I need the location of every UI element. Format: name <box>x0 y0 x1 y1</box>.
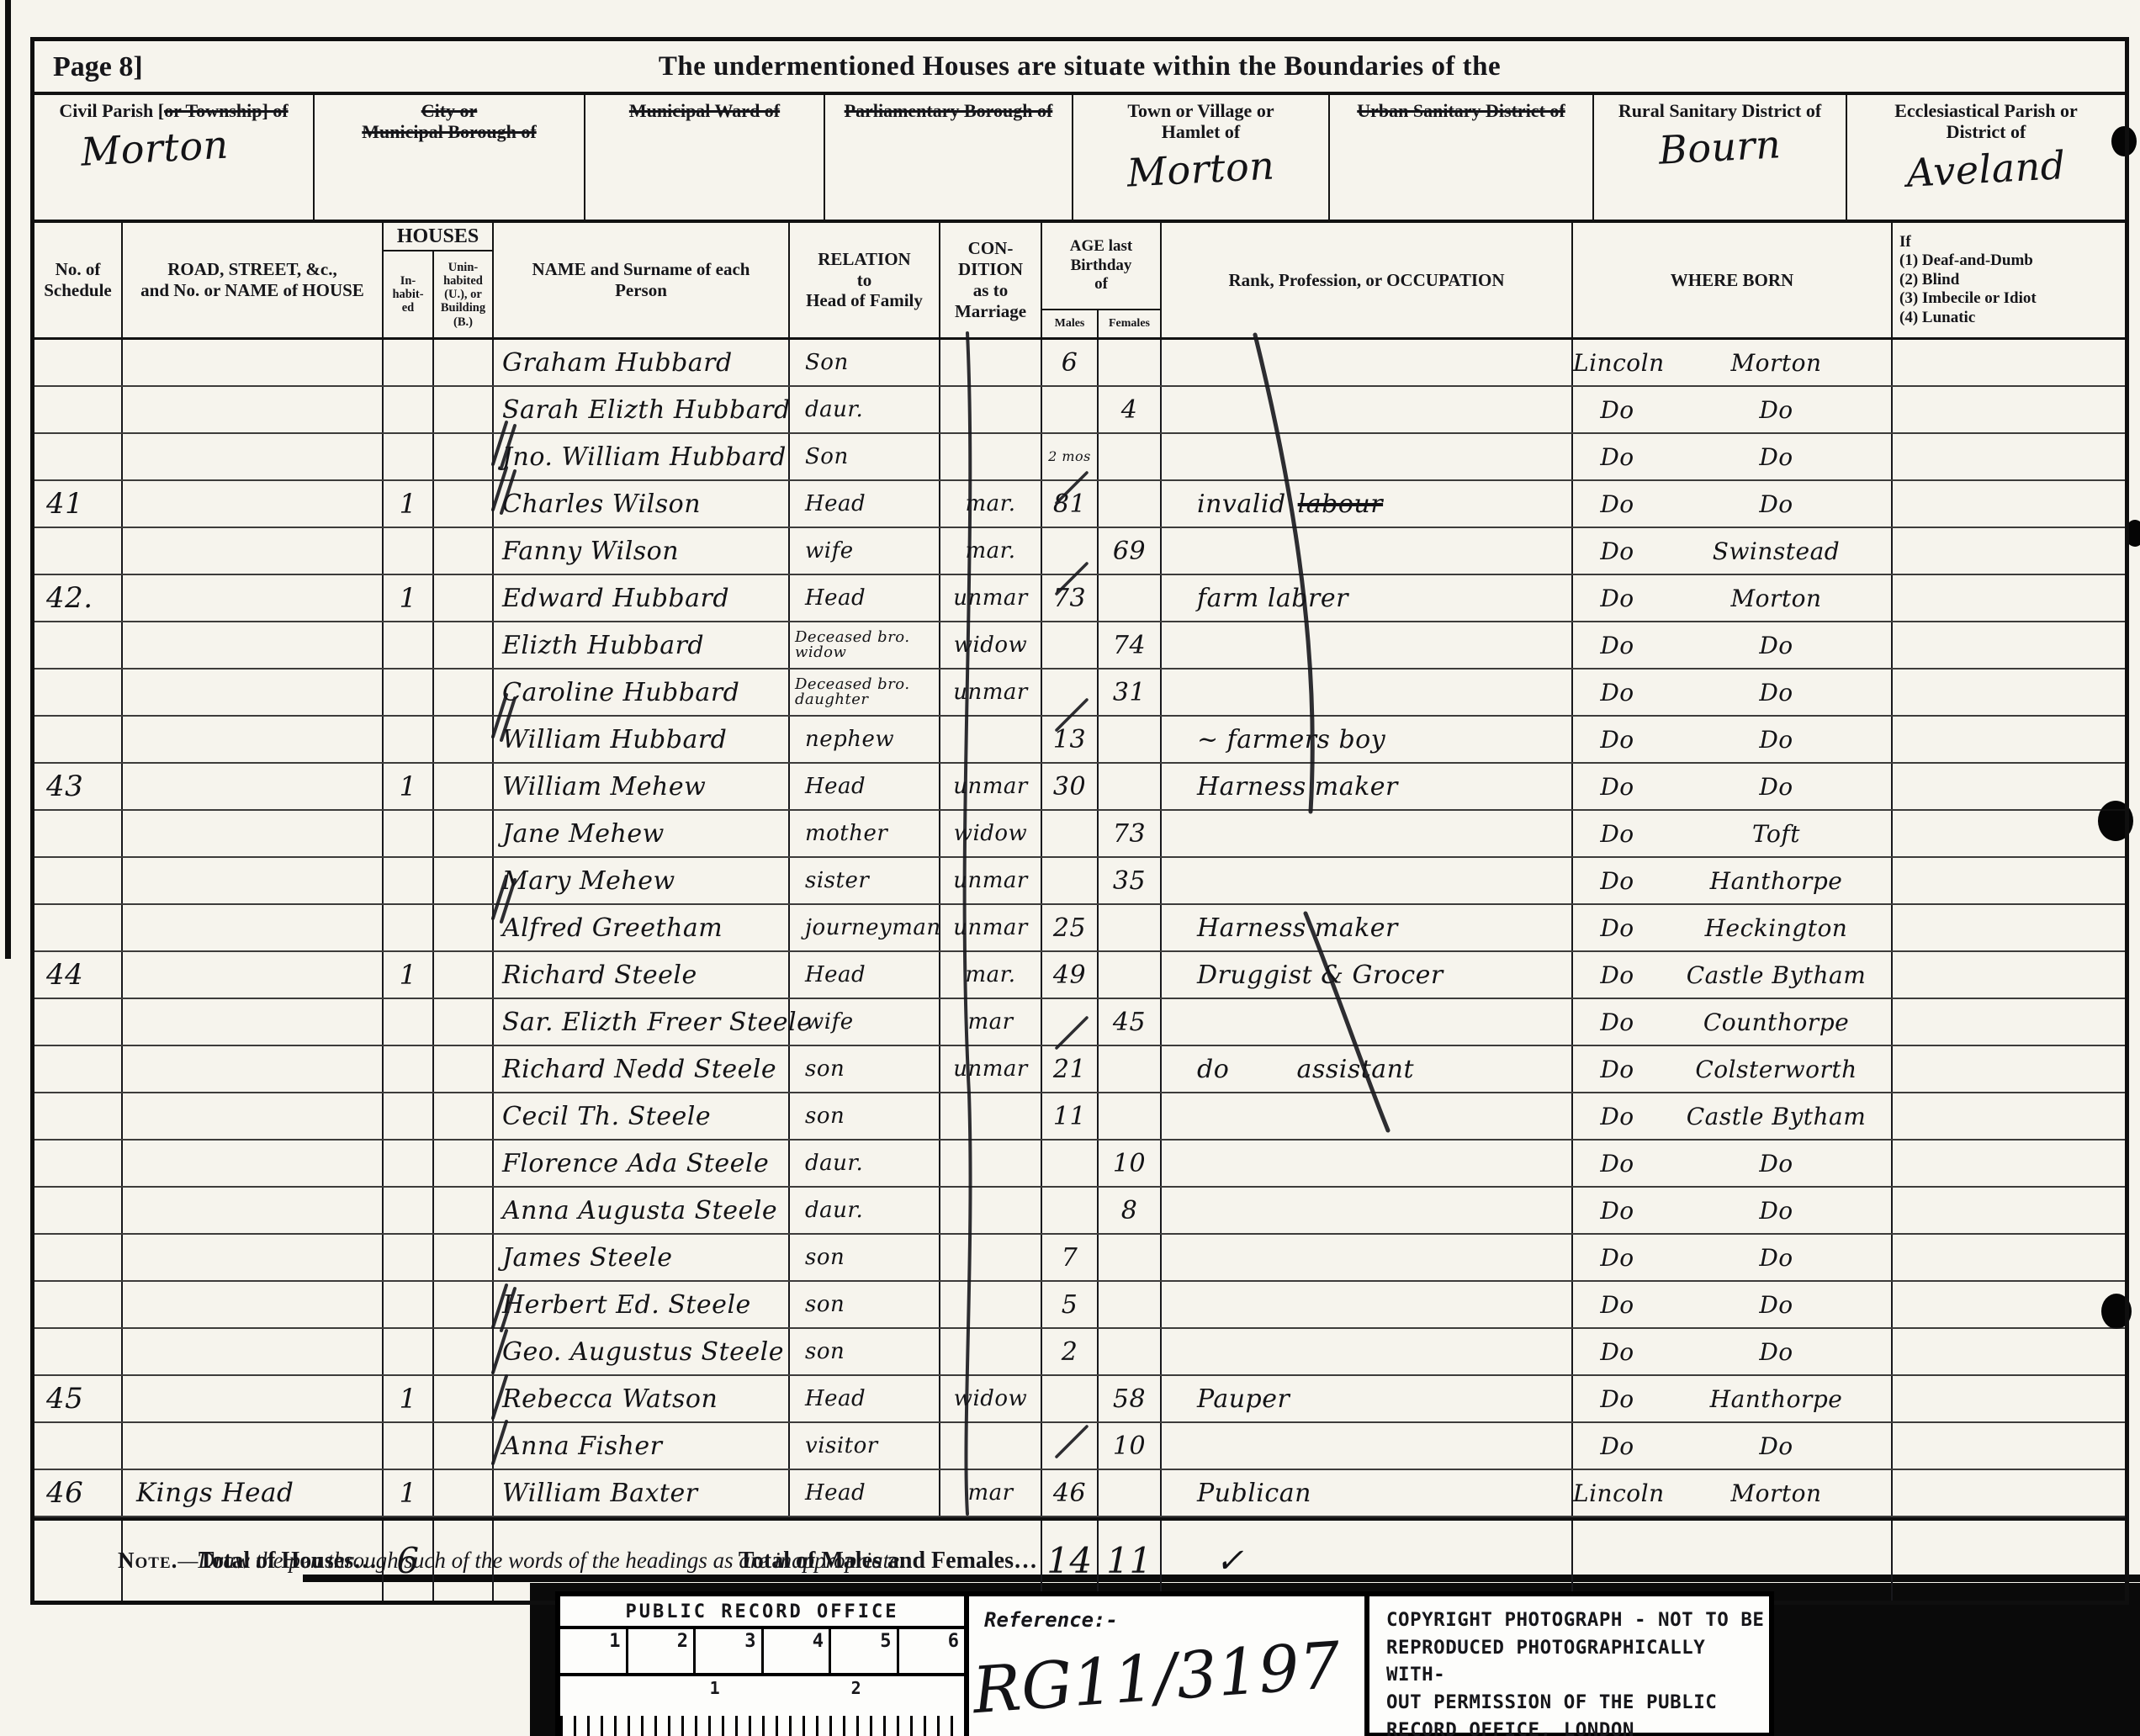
occupation-cell <box>1162 1282 1573 1327</box>
occupation-cell <box>1162 1423 1573 1469</box>
occupation-cell <box>1162 1141 1573 1186</box>
age-female-cell <box>1099 1235 1162 1280</box>
header-schedule: No. of Schedule <box>34 223 123 337</box>
age-female-cell <box>1099 340 1162 385</box>
occupation-cell <box>1162 858 1573 903</box>
table-row: Elizth HubbardDeceased bro. widowwidow74… <box>34 622 2125 670</box>
age-male-cell: 11 <box>1042 1093 1099 1139</box>
column-headers: No. of Schedule ROAD, STREET, &c., and N… <box>34 223 2125 340</box>
ruler-inch-mark: 2 <box>628 1629 697 1673</box>
inhabited-cell <box>384 1093 434 1139</box>
born-cell: DoDo <box>1573 1423 1893 1469</box>
name-cell: Anna Augusta Steele <box>494 1188 790 1233</box>
born-place: Do <box>1661 773 1891 801</box>
born-county: Lincoln <box>1573 1479 1661 1507</box>
born-county: Do <box>1573 1008 1661 1036</box>
schedule-cell: 46 <box>34 1470 123 1516</box>
ruler-centimetres: 1 2 <box>560 1676 964 1736</box>
occupation-cell <box>1162 999 1573 1045</box>
road-cell <box>123 1376 384 1421</box>
condition-cell: widow <box>940 1376 1042 1421</box>
district-label: Civil Parish [or Township] of <box>34 100 313 121</box>
born-county: Do <box>1573 1385 1661 1413</box>
district-label: Urban Sanitary District of <box>1330 100 1592 121</box>
age-female-cell <box>1099 481 1162 527</box>
schedule-cell <box>34 1423 123 1469</box>
total-males-value: 14 <box>1042 1521 1099 1601</box>
table-row: Caroline HubbardDeceased bro. daughterun… <box>34 670 2125 717</box>
title-bar: Page 8] The undermentioned Houses are si… <box>34 41 2125 95</box>
condition-cell <box>940 1235 1042 1280</box>
inhabited-cell <box>384 1188 434 1233</box>
condition-cell: mar <box>940 999 1042 1045</box>
schedule-cell <box>34 717 123 762</box>
relation-cell: Head <box>790 1470 940 1516</box>
table-row: Geo. Augustus Steeleson2DoDo <box>34 1329 2125 1376</box>
relation-cell: son <box>790 1046 940 1092</box>
infirmity-cell <box>1893 1141 2125 1186</box>
relation-cell: mother <box>790 811 940 856</box>
schedule-cell <box>34 905 123 950</box>
occupation-cell <box>1162 1235 1573 1280</box>
age-female-cell <box>1099 434 1162 479</box>
age-male-cell: 13 <box>1042 717 1099 762</box>
schedule-cell: 45 <box>34 1376 123 1421</box>
table-row: Herbert Ed. Steeleson5DoDo <box>34 1282 2125 1329</box>
inhabited-cell: 1 <box>384 481 434 527</box>
occupation-cell: farm labrer <box>1162 575 1573 621</box>
relation-cell: daur. <box>790 1188 940 1233</box>
occupation-cell <box>1162 1093 1573 1139</box>
header-houses-title: HOUSES <box>384 223 492 251</box>
condition-cell: widow <box>940 811 1042 856</box>
header-born: WHERE BORN <box>1573 223 1893 337</box>
schedule-cell: 44 <box>34 952 123 998</box>
condition-cell: unmar <box>940 764 1042 809</box>
ruler-cm-mark: 1 <box>710 1678 720 1698</box>
name-cell: Richard Nedd Steele <box>494 1046 790 1092</box>
age-female-cell: 69 <box>1099 528 1162 574</box>
born-place: Do <box>1661 396 1891 424</box>
infirmity-cell <box>1893 1470 2125 1516</box>
header-uninhabited: Unin- habited (U.), or Building (B.) <box>434 251 492 337</box>
born-place: Castle Bytham <box>1661 961 1891 989</box>
totals-checkmark: ✓ <box>1162 1521 1573 1601</box>
relation-cell: Head <box>790 481 940 527</box>
schedule-cell <box>34 811 123 856</box>
age-male-cell: 2 <box>1042 1329 1099 1374</box>
name-cell: Cecil Th. Steele <box>494 1093 790 1139</box>
name-cell: Caroline Hubbard <box>494 670 790 715</box>
occupation-cell: Harness maker <box>1162 905 1573 950</box>
relation-cell: daur. <box>790 387 940 432</box>
born-county: Do <box>1573 914 1661 942</box>
name-cell: Mary Mehew <box>494 858 790 903</box>
born-county: Do <box>1573 773 1661 801</box>
occupation-cell <box>1162 528 1573 574</box>
uninhabited-cell <box>434 999 494 1045</box>
condition-cell <box>940 1282 1042 1327</box>
schedule-cell <box>34 387 123 432</box>
uninhabited-cell <box>434 858 494 903</box>
relation-cell: wife <box>790 999 940 1045</box>
relation-cell: son <box>790 1235 940 1280</box>
schedule-cell: 42. <box>34 575 123 621</box>
age-male-cell: 21 <box>1042 1046 1099 1092</box>
uninhabited-cell <box>434 528 494 574</box>
born-cell: DoDo <box>1573 1235 1893 1280</box>
born-place: Toft <box>1661 820 1891 848</box>
road-cell <box>123 1423 384 1469</box>
born-cell: DoToft <box>1573 811 1893 856</box>
schedule-cell <box>34 1046 123 1092</box>
district-ecclesiastical: Ecclesiastical Parish or District of Ave… <box>1847 95 2125 220</box>
occupation-cell <box>1162 811 1573 856</box>
occupation-cell <box>1162 1329 1573 1374</box>
inhabited-cell: 1 <box>384 1376 434 1421</box>
name-cell: Elizth Hubbard <box>494 622 790 668</box>
district-value: Morton <box>34 118 314 177</box>
age-female-cell: 10 <box>1099 1423 1162 1469</box>
born-place: Do <box>1661 632 1891 659</box>
born-county: Do <box>1573 490 1661 518</box>
infirmity-cell <box>1893 1046 2125 1092</box>
name-cell: Sar. Elizth Freer Steele <box>494 999 790 1045</box>
name-cell: William Mehew <box>494 764 790 809</box>
occupation-cell: Harness maker <box>1162 764 1573 809</box>
born-county: Do <box>1573 1056 1661 1083</box>
name-cell: Rebecca Watson <box>494 1376 790 1421</box>
infirmity-cell <box>1893 1423 2125 1469</box>
inhabited-cell <box>384 999 434 1045</box>
uninhabited-cell <box>434 1470 494 1516</box>
born-place: Do <box>1661 1244 1891 1272</box>
born-cell: DoDo <box>1573 481 1893 527</box>
age-male-cell <box>1042 528 1099 574</box>
schedule-cell <box>34 1093 123 1139</box>
district-label: Ecclesiastical Parish or District of <box>1847 100 2125 143</box>
table-row: Sarah Elizth Hubbarddaur.4DoDo <box>34 387 2125 434</box>
inhabited-cell <box>384 528 434 574</box>
name-cell: Florence Ada Steele <box>494 1141 790 1186</box>
born-cell: DoDo <box>1573 622 1893 668</box>
infirmity-cell <box>1893 905 2125 950</box>
schedule-cell <box>34 1282 123 1327</box>
relation-cell: Son <box>790 340 940 385</box>
ruler-inch-mark: 3 <box>696 1629 764 1673</box>
age-female-cell: 31 <box>1099 670 1162 715</box>
relation-cell: Head <box>790 764 940 809</box>
name-cell: Jane Mehew <box>494 811 790 856</box>
table-row: 441Richard SteeleHeadmar.49Druggist & Gr… <box>34 952 2125 999</box>
uninhabited-cell <box>434 481 494 527</box>
age-male-cell <box>1042 1141 1099 1186</box>
name-cell: Jno. William Hubbard <box>494 434 790 479</box>
name-cell: Richard Steele <box>494 952 790 998</box>
born-county: Do <box>1573 1150 1661 1178</box>
scan-edge <box>5 0 11 959</box>
inhabited-cell <box>384 717 434 762</box>
totals-born-cell <box>1573 1521 1893 1601</box>
condition-cell <box>940 340 1042 385</box>
road-cell <box>123 670 384 715</box>
totals-schedule-cell <box>34 1521 123 1601</box>
road-cell <box>123 434 384 479</box>
infirmity-cell <box>1893 1329 2125 1374</box>
born-place: Morton <box>1661 1479 1891 1507</box>
relation-cell: nephew <box>790 717 940 762</box>
inhabited-cell <box>384 622 434 668</box>
inhabited-cell: 1 <box>384 575 434 621</box>
ruler-inches: 1 2 3 4 5 6 <box>560 1629 964 1676</box>
road-cell <box>123 575 384 621</box>
infirmity-cell <box>1893 1093 2125 1139</box>
pro-stamp: PUBLIC RECORD OFFICE 1 2 3 4 5 6 1 2 <box>555 1591 969 1736</box>
relation-cell: wife <box>790 528 940 574</box>
born-county: Do <box>1573 1103 1661 1130</box>
reference-box: Reference:- RG11/3197 <box>969 1591 1369 1736</box>
occupation-cell <box>1162 622 1573 668</box>
uninhabited-cell <box>434 434 494 479</box>
uninhabited-cell <box>434 764 494 809</box>
born-place: Do <box>1661 679 1891 707</box>
born-place: Hanthorpe <box>1661 867 1891 895</box>
infirmity-cell <box>1893 622 2125 668</box>
schedule-cell <box>34 1188 123 1233</box>
age-male-cell: 6 <box>1042 340 1099 385</box>
infirmity-cell <box>1893 858 2125 903</box>
age-male-cell: 30 <box>1042 764 1099 809</box>
infirmity-cell <box>1893 340 2125 385</box>
born-place: Do <box>1661 1291 1891 1319</box>
inhabited-cell <box>384 858 434 903</box>
district-municipal-borough: City or Municipal Borough of <box>315 95 585 220</box>
infirmity-cell <box>1893 764 2125 809</box>
born-county: Do <box>1573 867 1661 895</box>
header-relation: RELATION to Head of Family <box>790 223 940 337</box>
road-cell <box>123 999 384 1045</box>
uninhabited-cell <box>434 905 494 950</box>
born-place: Counthorpe <box>1661 1008 1891 1036</box>
infirmity-cell <box>1893 811 2125 856</box>
uninhabited-cell <box>434 1093 494 1139</box>
age-female-cell <box>1099 764 1162 809</box>
age-female-cell: 73 <box>1099 811 1162 856</box>
occupation-cell: do assistant <box>1162 1046 1573 1092</box>
table-row: Mary Mehewsisterunmar35DoHanthorpe <box>34 858 2125 905</box>
inhabited-cell <box>384 340 434 385</box>
uninhabited-cell <box>434 811 494 856</box>
age-female-cell <box>1099 1093 1162 1139</box>
table-row: 451Rebecca WatsonHeadwidow58PauperDoHant… <box>34 1376 2125 1423</box>
table-row: Graham HubbardSon6LincolnMorton <box>34 340 2125 387</box>
born-county: Do <box>1573 1338 1661 1366</box>
road-cell <box>123 481 384 527</box>
district-label: Rural Sanitary District of <box>1594 100 1846 121</box>
age-male-cell <box>1042 811 1099 856</box>
table-row: 411Charles WilsonHeadmar.81invalidlabour… <box>34 481 2125 528</box>
relation-cell: Head <box>790 952 940 998</box>
condition-cell: unmar <box>940 858 1042 903</box>
uninhabited-cell <box>434 387 494 432</box>
born-cell: DoDo <box>1573 764 1893 809</box>
reference-label: Reference:- <box>969 1596 1364 1632</box>
condition-cell <box>940 717 1042 762</box>
occupation-cell <box>1162 434 1573 479</box>
uninhabited-cell <box>434 1141 494 1186</box>
name-cell: Fanny Wilson <box>494 528 790 574</box>
table-row: Anna Augusta Steeledaur.8DoDo <box>34 1188 2125 1235</box>
infirmity-cell <box>1893 1188 2125 1233</box>
relation-cell: Head <box>790 575 940 621</box>
infirmity-cell <box>1893 528 2125 574</box>
condition-cell: mar <box>940 1470 1042 1516</box>
occupation-cell <box>1162 1188 1573 1233</box>
born-county: Do <box>1573 585 1661 612</box>
census-sheet: Page 8] The undermentioned Houses are si… <box>30 37 2129 1605</box>
born-county: Do <box>1573 679 1661 707</box>
age-male-cell <box>1042 670 1099 715</box>
born-place: Colsterworth <box>1661 1056 1891 1083</box>
occupation-cell <box>1162 340 1573 385</box>
stamp-area: PUBLIC RECORD OFFICE 1 2 3 4 5 6 1 2 Ref… <box>555 1591 1774 1736</box>
footnote-text: —Draw the pen through such of the words … <box>177 1548 904 1573</box>
age-male-cell: 25 <box>1042 905 1099 950</box>
header-occupation: Rank, Profession, or OCCUPATION <box>1162 223 1573 337</box>
age-female-cell: 10 <box>1099 1141 1162 1186</box>
occupation-cell: Druggist & Grocer <box>1162 952 1573 998</box>
schedule-cell <box>34 434 123 479</box>
district-parliamentary-borough: Parliamentary Borough of <box>825 95 1073 220</box>
born-county: Do <box>1573 1197 1661 1225</box>
age-female-cell: 4 <box>1099 387 1162 432</box>
occupation-cell: invalidlabour <box>1162 481 1573 527</box>
condition-cell <box>940 1141 1042 1186</box>
age-female-cell <box>1099 905 1162 950</box>
header-condition: CON- DITION as to Marriage <box>940 223 1042 337</box>
infirmity-cell <box>1893 999 2125 1045</box>
name-cell: Sarah Elizth Hubbard <box>494 387 790 432</box>
inhabited-cell <box>384 1046 434 1092</box>
occupation-cell: ~ farmers boy <box>1162 717 1573 762</box>
inhabited-cell: 1 <box>384 952 434 998</box>
district-label: City or Municipal Borough of <box>315 100 584 143</box>
age-male-cell: 5 <box>1042 1282 1099 1327</box>
inhabited-cell <box>384 905 434 950</box>
born-place: Do <box>1661 1197 1891 1225</box>
age-male-cell: 2 mos <box>1042 434 1099 479</box>
schedule-cell <box>34 1329 123 1374</box>
born-place: Do <box>1661 490 1891 518</box>
district-header: Civil Parish [or Township] of Morton Cit… <box>34 95 2125 223</box>
table-row: 431William MehewHeadunmar30Harness maker… <box>34 764 2125 811</box>
age-male-cell <box>1042 1423 1099 1469</box>
condition-cell: unmar <box>940 905 1042 950</box>
infirmity-cell <box>1893 1235 2125 1280</box>
occupation-cell: Pauper <box>1162 1376 1573 1421</box>
uninhabited-cell <box>434 1423 494 1469</box>
road-cell <box>123 1235 384 1280</box>
ruler-inch-mark: 6 <box>899 1629 965 1673</box>
born-place: Do <box>1661 1432 1891 1460</box>
schedule-cell <box>34 999 123 1045</box>
header-infirmity: If (1) Deaf-and-Dumb (2) Blind (3) Imbec… <box>1893 223 2125 337</box>
header-name: NAME and Surname of each Person <box>494 223 790 337</box>
born-place: Swinstead <box>1661 537 1891 565</box>
uninhabited-cell <box>434 575 494 621</box>
inhabited-cell <box>384 1282 434 1327</box>
infirmity-cell <box>1893 670 2125 715</box>
age-female-cell <box>1099 1329 1162 1374</box>
born-cell: DoCounthorpe <box>1573 999 1893 1045</box>
condition-cell: unmar <box>940 575 1042 621</box>
condition-cell <box>940 434 1042 479</box>
struck-occupation: labour <box>1298 490 1383 519</box>
age-male-cell <box>1042 1376 1099 1421</box>
age-female-cell <box>1099 1046 1162 1092</box>
ruler-inch-mark: 4 <box>764 1629 832 1673</box>
born-cell: DoDo <box>1573 434 1893 479</box>
district-town-village: Town or Village or Hamlet of Morton <box>1073 95 1330 220</box>
condition-cell: mar. <box>940 528 1042 574</box>
table-row: Richard Nedd Steelesonunmar21do assistan… <box>34 1046 2125 1093</box>
schedule-cell <box>34 1141 123 1186</box>
born-cell: DoDo <box>1573 1329 1893 1374</box>
relation-cell: son <box>790 1093 940 1139</box>
table-row: Jno. William HubbardSon2 mosDoDo <box>34 434 2125 481</box>
census-page: Page 8] The undermentioned Houses are si… <box>0 0 2140 1736</box>
age-female-cell: 74 <box>1099 622 1162 668</box>
district-label: Parliamentary Borough of <box>825 100 1072 121</box>
infirmity-cell <box>1893 575 2125 621</box>
uninhabited-cell <box>434 622 494 668</box>
condition-cell <box>940 1093 1042 1139</box>
infirmity-cell <box>1893 952 2125 998</box>
uninhabited-cell <box>434 1235 494 1280</box>
age-male-cell: 73 <box>1042 575 1099 621</box>
uninhabited-cell <box>434 670 494 715</box>
age-male-cell <box>1042 387 1099 432</box>
header-houses: HOUSES In- habit- ed Unin- habited (U.),… <box>384 223 494 337</box>
born-place: Heckington <box>1661 914 1891 942</box>
table-row: Florence Ada Steeledaur.10DoDo <box>34 1141 2125 1188</box>
born-cell: LincolnMorton <box>1573 340 1893 385</box>
born-cell: DoDo <box>1573 1282 1893 1327</box>
name-cell: Anna Fisher <box>494 1423 790 1469</box>
inhabited-cell: 1 <box>384 1470 434 1516</box>
road-cell <box>123 387 384 432</box>
born-county: Do <box>1573 961 1661 989</box>
born-cell: DoHanthorpe <box>1573 1376 1893 1421</box>
age-female-cell <box>1099 717 1162 762</box>
born-place: Morton <box>1661 349 1891 377</box>
occupation-cell <box>1162 387 1573 432</box>
header-age-title: AGE last Birthday of <box>1042 223 1160 309</box>
born-cell: DoDo <box>1573 1188 1893 1233</box>
born-county: Do <box>1573 443 1661 471</box>
footnote: Note.—Draw the pen through such of the w… <box>118 1548 905 1574</box>
uninhabited-cell <box>434 1188 494 1233</box>
born-county: Do <box>1573 1244 1661 1272</box>
district-urban-sanitary: Urban Sanitary District of <box>1330 95 1594 220</box>
born-place: Do <box>1661 1338 1891 1366</box>
relation-cell: sister <box>790 858 940 903</box>
inhabited-cell <box>384 670 434 715</box>
born-county: Do <box>1573 1432 1661 1460</box>
born-county: Do <box>1573 726 1661 754</box>
condition-cell <box>940 1329 1042 1374</box>
born-county: Do <box>1573 632 1661 659</box>
